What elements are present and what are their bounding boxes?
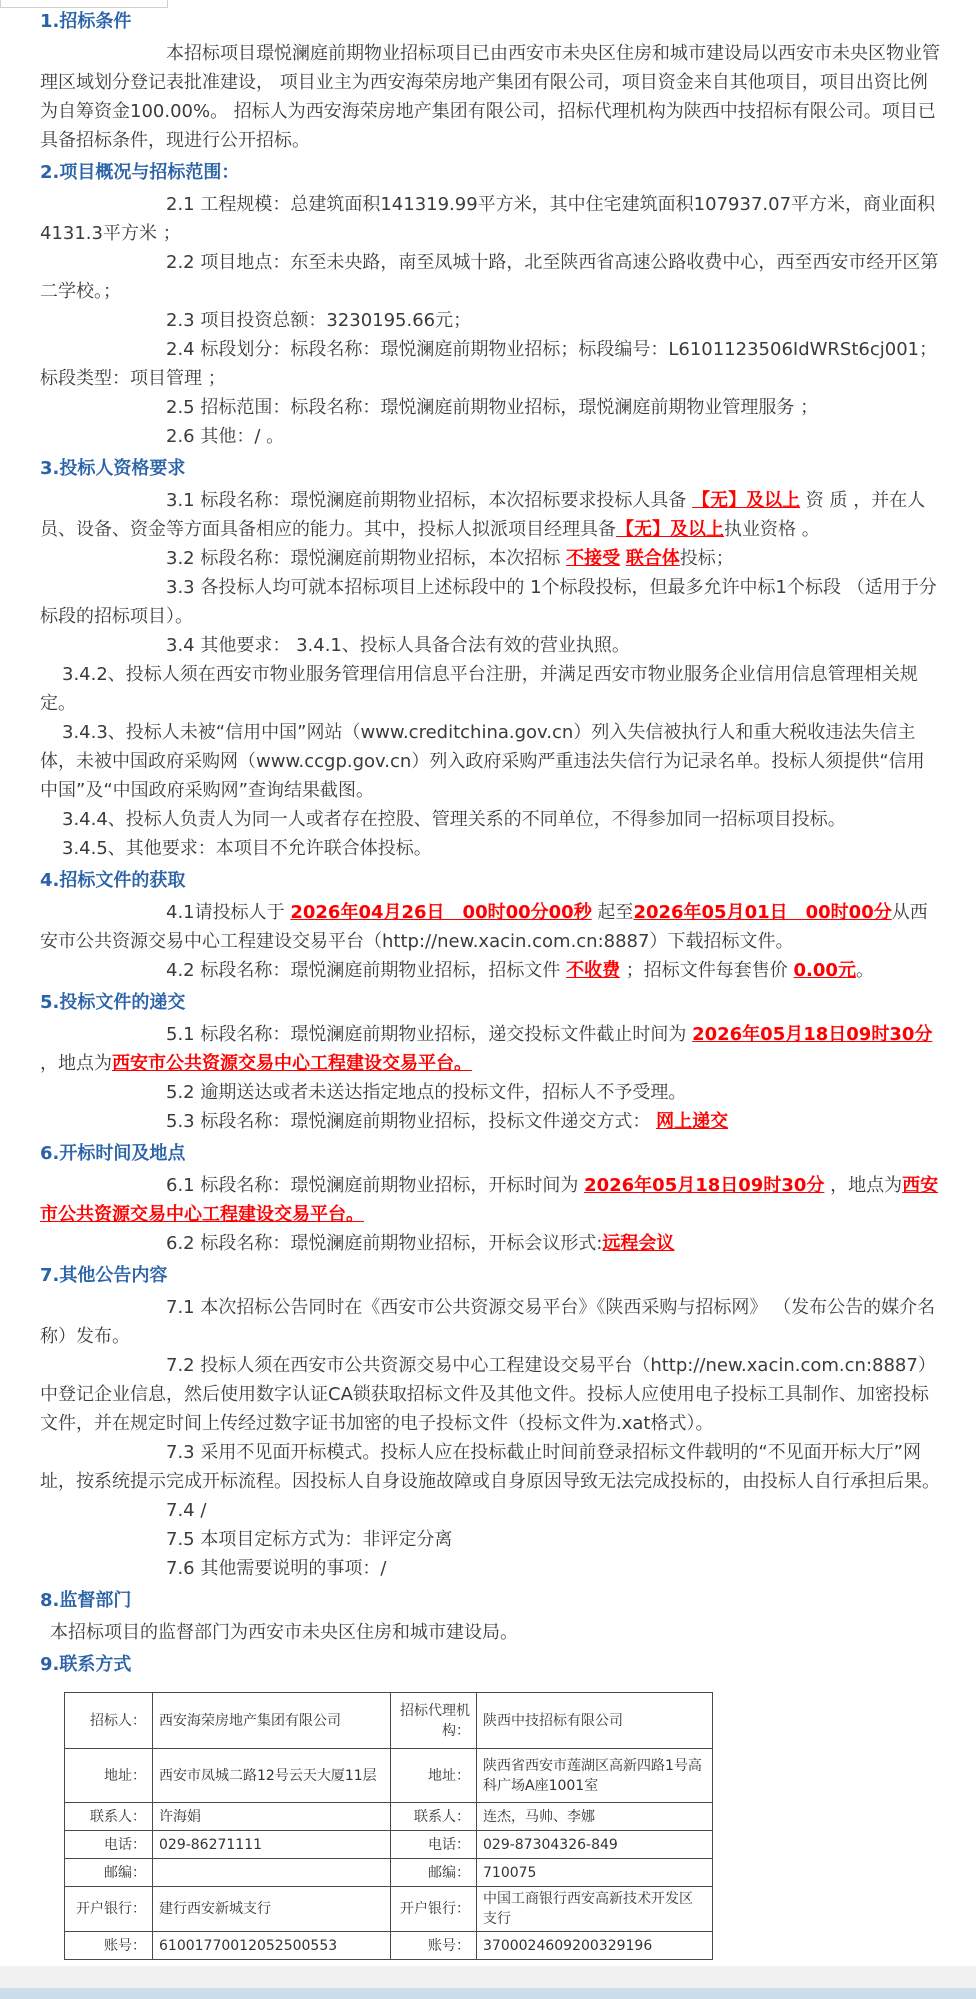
tender-announcement-document: 1.招标条件本招标项目璟悦澜庭前期物业招标项目已由西安市未央区住房和城市建设局以… <box>40 4 940 1960</box>
text-run: 3.4.4、投标人负责人为同一人或者存在控股、管理关系的不同单位，不得参加同一招… <box>62 809 846 830</box>
contact-table: 招标人：西安海荣房地产集团有限公司招标代理机构：陕西中技招标有限公司地址：西安市… <box>64 1692 713 1960</box>
paragraph: 2.3 项目投资总额：3230195.66元； <box>40 306 940 335</box>
section-6: 6.开标时间及地点6.1 标段名称：璟悦澜庭前期物业招标，开标时间为 2026年… <box>40 1136 940 1258</box>
red-emphasis: 2026年05月18日09时30分 <box>692 1024 932 1045</box>
value-cell: 许海娟 <box>153 1803 391 1831</box>
text-run: ，地点为 <box>40 1053 112 1074</box>
text-run: 3.3 各投标人均可就本招标项目上述标段中的 1个标段投标，但最多允许中标1个标… <box>40 577 937 627</box>
value-cell: 陕西省西安市莲湖区高新四路1号高科广场A座1001室 <box>477 1749 713 1803</box>
label-cell: 开户银行： <box>65 1887 153 1932</box>
table-row: 电话：029-86271111电话：029-87304326-849 <box>65 1831 713 1859</box>
text-run: ，地点为 <box>824 1175 902 1196</box>
label-cell: 邮编： <box>391 1859 477 1887</box>
value-cell <box>153 1859 391 1887</box>
paragraph: 4.1请投标人于 2026年04月26日 00时00分00秒 起至2026年05… <box>40 898 940 956</box>
text-run: 2.1 工程规模：总建筑面积141319.99平方米，其中住宅建筑面积10793… <box>40 194 935 244</box>
label-cell: 招标人： <box>65 1693 153 1749</box>
paragraph: 7.2 投标人须在西安市公共资源交易中心工程建设交易平台（http://new.… <box>40 1351 940 1438</box>
table-row: 地址：西安市凤城二路12号云天大厦11层地址：陕西省西安市莲湖区高新四路1号高科… <box>65 1749 713 1803</box>
paragraph: 3.4.2、投标人须在西安市物业服务管理信用信息平台注册，并满足西安市物业服务企… <box>40 660 940 718</box>
paragraph: 本招标项目璟悦澜庭前期物业招标项目已由西安市未央区住房和城市建设局以西安市未央区… <box>40 39 940 155</box>
section-3: 3.投标人资格要求3.1 标段名称：璟悦澜庭前期物业招标，本次招标要求投标人具备… <box>40 451 940 863</box>
section-8: 8.监督部门本招标项目的监督部门为西安市未央区住房和城市建设局。 <box>40 1583 940 1647</box>
paragraph: 2.1 工程规模：总建筑面积141319.99平方米，其中住宅建筑面积10793… <box>40 190 940 248</box>
red-emphasis: 不收费 <box>566 960 620 981</box>
paragraph: 5.1 标段名称：璟悦澜庭前期物业招标，递交投标文件截止时间为 2026年05月… <box>40 1020 940 1078</box>
text-run: 。 <box>856 960 874 981</box>
text-run: 2.5 招标范围：标段名称：璟悦澜庭前期物业招标，璟悦澜庭前期物业管理服务 ； <box>166 397 818 418</box>
paragraph: 3.1 标段名称：璟悦澜庭前期物业招标，本次招标要求投标人具备 【无】及以上 资… <box>40 486 940 544</box>
text-run: ；招标文件每套售价 <box>620 960 793 981</box>
section-1: 1.招标条件本招标项目璟悦澜庭前期物业招标项目已由西安市未央区住房和城市建设局以… <box>40 4 940 155</box>
label-cell: 邮编： <box>65 1859 153 1887</box>
paragraph: 3.3 各投标人均可就本招标项目上述标段中的 1个标段投标，但最多允许中标1个标… <box>40 573 940 631</box>
text-run: 6.2 标段名称：璟悦澜庭前期物业招标，开标会议形式: <box>166 1233 602 1254</box>
text-run: 2.6 其他：/ 。 <box>166 426 284 447</box>
value-cell: 中国工商银行西安高新技术开发区支行 <box>477 1887 713 1932</box>
section-heading: 3.投标人资格要求 <box>40 451 940 486</box>
table-row: 联系人：许海娟联系人：连杰，马帅、李娜 <box>65 1803 713 1831</box>
text-run: 4.2 标段名称：璟悦澜庭前期物业招标，招标文件 <box>166 960 566 981</box>
text-run: 3.2 标段名称：璟悦澜庭前期物业招标，本次招标 <box>166 548 566 569</box>
value-cell: 029-87304326-849 <box>477 1831 713 1859</box>
section-2: 2.项目概况与招标范围：2.1 工程规模：总建筑面积141319.99平方米，其… <box>40 155 940 451</box>
value-cell: 连杰，马帅、李娜 <box>477 1803 713 1831</box>
value-cell: 029-86271111 <box>153 1831 391 1859</box>
red-emphasis: 不接受 <box>566 548 620 569</box>
paragraph: 7.4 / <box>40 1496 940 1525</box>
red-emphasis: 2026年05月18日09时30分 <box>584 1175 824 1196</box>
section-heading: 2.项目概况与招标范围： <box>40 155 940 190</box>
section-heading: 5.投标文件的递交 <box>40 985 940 1020</box>
section-heading: 1.招标条件 <box>40 4 940 39</box>
value-cell: 建行西安新城支行 <box>153 1887 391 1932</box>
text-run: 投标； <box>680 548 734 569</box>
paragraph: 5.3 标段名称：璟悦澜庭前期物业招标，投标文件递交方式： 网上递交 <box>40 1107 940 1136</box>
text-run: 4.1请投标人于 <box>166 902 290 923</box>
paragraph: 6.1 标段名称：璟悦澜庭前期物业招标，开标时间为 2026年05月18日09时… <box>40 1171 940 1229</box>
label-cell: 招标代理机构： <box>391 1693 477 1749</box>
red-emphasis: 0.00元 <box>794 960 856 981</box>
text-run: 2.2 项目地点：东至未央路，南至凤城十路，北至陕西省高速公路收费中心，西至西安… <box>40 252 938 302</box>
text-run: 2.3 项目投资总额：3230195.66元； <box>166 310 471 331</box>
table-row: 招标人：西安海荣房地产集团有限公司招标代理机构：陕西中技招标有限公司 <box>65 1693 713 1749</box>
red-emphasis: 西安市公共资源交易中心工程建设交易平台。 <box>112 1053 472 1074</box>
red-emphasis: 联合体 <box>626 548 680 569</box>
label-cell: 电话： <box>65 1831 153 1859</box>
value-cell: 西安市凤城二路12号云天大厦11层 <box>153 1749 391 1803</box>
text-run: 2.4 标段划分：标段名称：璟悦澜庭前期物业招标；标段编号：L610112350… <box>40 339 937 389</box>
paragraph: 5.2 逾期送达或者未送达指定地点的投标文件，招标人不予受理。 <box>40 1078 940 1107</box>
label-cell: 账号： <box>65 1932 153 1960</box>
red-emphasis: 2026年04月26日 00时00分00秒 <box>290 902 591 923</box>
paragraph: 3.2 标段名称：璟悦澜庭前期物业招标，本次招标 不接受 联合体投标； <box>40 544 940 573</box>
paragraph: 3.4.3、投标人未被“信用中国”网站（www.creditchina.gov.… <box>40 718 940 805</box>
red-emphasis: 2026年05月01日 00时00分 <box>633 902 891 923</box>
text-run: 起至 <box>592 902 634 923</box>
value-cell: 710075 <box>477 1859 713 1887</box>
paragraph: 本招标项目的监督部门为西安市未央区住房和城市建设局。 <box>40 1618 940 1647</box>
paragraph: 7.3 采用不见面开标模式。投标人应在投标截止时间前登录招标文件载明的“不见面开… <box>40 1438 940 1496</box>
label-cell: 开户银行： <box>391 1887 477 1932</box>
label-cell: 联系人： <box>391 1803 477 1831</box>
text-run: 7.6 其他需要说明的事项：/ <box>166 1558 386 1579</box>
value-cell: 61001770012052500553 <box>153 1932 391 1960</box>
paragraph: 3.4.4、投标人负责人为同一人或者存在控股、管理关系的不同单位，不得参加同一招… <box>40 805 940 834</box>
table-row: 账号：61001770012052500553账号：37000246092003… <box>65 1932 713 1960</box>
red-emphasis: 网上递交 <box>656 1111 728 1132</box>
text-run: 执业资格 。 <box>724 519 820 540</box>
red-emphasis: 【无】及以上 <box>616 519 724 540</box>
text-run: 7.5 本项目定标方式为：非评定分离 <box>166 1529 452 1550</box>
text-run: 本招标项目璟悦澜庭前期物业招标项目已由西安市未央区住房和城市建设局以西安市未央区… <box>40 43 940 151</box>
text-run: 7.3 采用不见面开标模式。投标人应在投标截止时间前登录招标文件载明的“不见面开… <box>40 1442 940 1492</box>
label-cell: 地址： <box>391 1749 477 1803</box>
red-emphasis: 远程会议 <box>602 1233 674 1254</box>
value-cell: 西安海荣房地产集团有限公司 <box>153 1693 391 1749</box>
paragraph: 2.6 其他：/ 。 <box>40 422 940 451</box>
paragraph: 7.5 本项目定标方式为：非评定分离 <box>40 1525 940 1554</box>
section-heading: 6.开标时间及地点 <box>40 1136 940 1171</box>
text-run: 本招标项目的监督部门为西安市未央区住房和城市建设局。 <box>50 1622 518 1643</box>
red-emphasis: 【无】及以上 <box>692 490 800 511</box>
text-run: 5.1 标段名称：璟悦澜庭前期物业招标，递交投标文件截止时间为 <box>166 1024 692 1045</box>
text-run: 6.1 标段名称：璟悦澜庭前期物业招标，开标时间为 <box>166 1175 584 1196</box>
text-run: 7.1 本次招标公告同时在《西安市公共资源交易平台》《陕西采购与招标网》 （发布… <box>40 1297 935 1347</box>
label-cell: 联系人： <box>65 1803 153 1831</box>
value-cell: 陕西中技招标有限公司 <box>477 1693 713 1749</box>
paragraph: 2.5 招标范围：标段名称：璟悦澜庭前期物业招标，璟悦澜庭前期物业管理服务 ； <box>40 393 940 422</box>
label-cell: 账号： <box>391 1932 477 1960</box>
section-5: 5.投标文件的递交5.1 标段名称：璟悦澜庭前期物业招标，递交投标文件截止时间为… <box>40 985 940 1136</box>
paragraph: 3.4.5、其他要求：本项目不允许联合体投标。 <box>40 834 940 863</box>
table-row: 邮编：邮编：710075 <box>65 1859 713 1887</box>
footer-gray-band <box>0 1966 976 1988</box>
table-row: 开户银行：建行西安新城支行开户银行：中国工商银行西安高新技术开发区支行 <box>65 1887 713 1932</box>
text-run: 3.1 标段名称：璟悦澜庭前期物业招标，本次招标要求投标人具备 <box>166 490 692 511</box>
section-9: 9.联系方式 <box>40 1647 940 1682</box>
section-heading: 8.监督部门 <box>40 1583 940 1618</box>
section-7: 7.其他公告内容7.1 本次招标公告同时在《西安市公共资源交易平台》《陕西采购与… <box>40 1258 940 1583</box>
paragraph: 4.2 标段名称：璟悦澜庭前期物业招标，招标文件 不收费 ；招标文件每套售价 0… <box>40 956 940 985</box>
paragraph: 7.1 本次招标公告同时在《西安市公共资源交易平台》《陕西采购与招标网》 （发布… <box>40 1293 940 1351</box>
section-heading: 7.其他公告内容 <box>40 1258 940 1293</box>
paragraph: 3.4 其他要求： 3.4.1、投标人具备合法有效的营业执照。 <box>40 631 940 660</box>
footer-blue-band <box>0 1988 976 1999</box>
paragraph: 7.6 其他需要说明的事项：/ <box>40 1554 940 1583</box>
section-heading: 9.联系方式 <box>40 1647 940 1682</box>
text-run: 5.2 逾期送达或者未送达指定地点的投标文件，招标人不予受理。 <box>166 1082 686 1103</box>
label-cell: 地址： <box>65 1749 153 1803</box>
paragraph: 2.2 项目地点：东至未央路，南至凤城十路，北至陕西省高速公路收费中心，西至西安… <box>40 248 940 306</box>
section-4: 4.招标文件的获取4.1请投标人于 2026年04月26日 00时00分00秒 … <box>40 863 940 985</box>
text-run: 3.4.2、投标人须在西安市物业服务管理信用信息平台注册，并满足西安市物业服务企… <box>40 664 918 714</box>
value-cell: 3700024609200329196 <box>477 1932 713 1960</box>
label-cell: 电话： <box>391 1831 477 1859</box>
text-run: 7.2 投标人须在西安市公共资源交易中心工程建设交易平台（http://new.… <box>40 1355 936 1434</box>
paragraph: 2.4 标段划分：标段名称：璟悦澜庭前期物业招标；标段编号：L610112350… <box>40 335 940 393</box>
text-run: 7.4 / <box>166 1500 206 1521</box>
text-run: 5.3 标段名称：璟悦澜庭前期物业招标，投标文件递交方式： <box>166 1111 656 1132</box>
section-heading: 4.招标文件的获取 <box>40 863 940 898</box>
paragraph: 6.2 标段名称：璟悦澜庭前期物业招标，开标会议形式:远程会议 <box>40 1229 940 1258</box>
text-run: 3.4 其他要求： 3.4.1、投标人具备合法有效的营业执照。 <box>166 635 630 656</box>
text-run: 3.4.5、其他要求：本项目不允许联合体投标。 <box>62 838 432 859</box>
text-run: 3.4.3、投标人未被“信用中国”网站（www.creditchina.gov.… <box>40 722 925 801</box>
